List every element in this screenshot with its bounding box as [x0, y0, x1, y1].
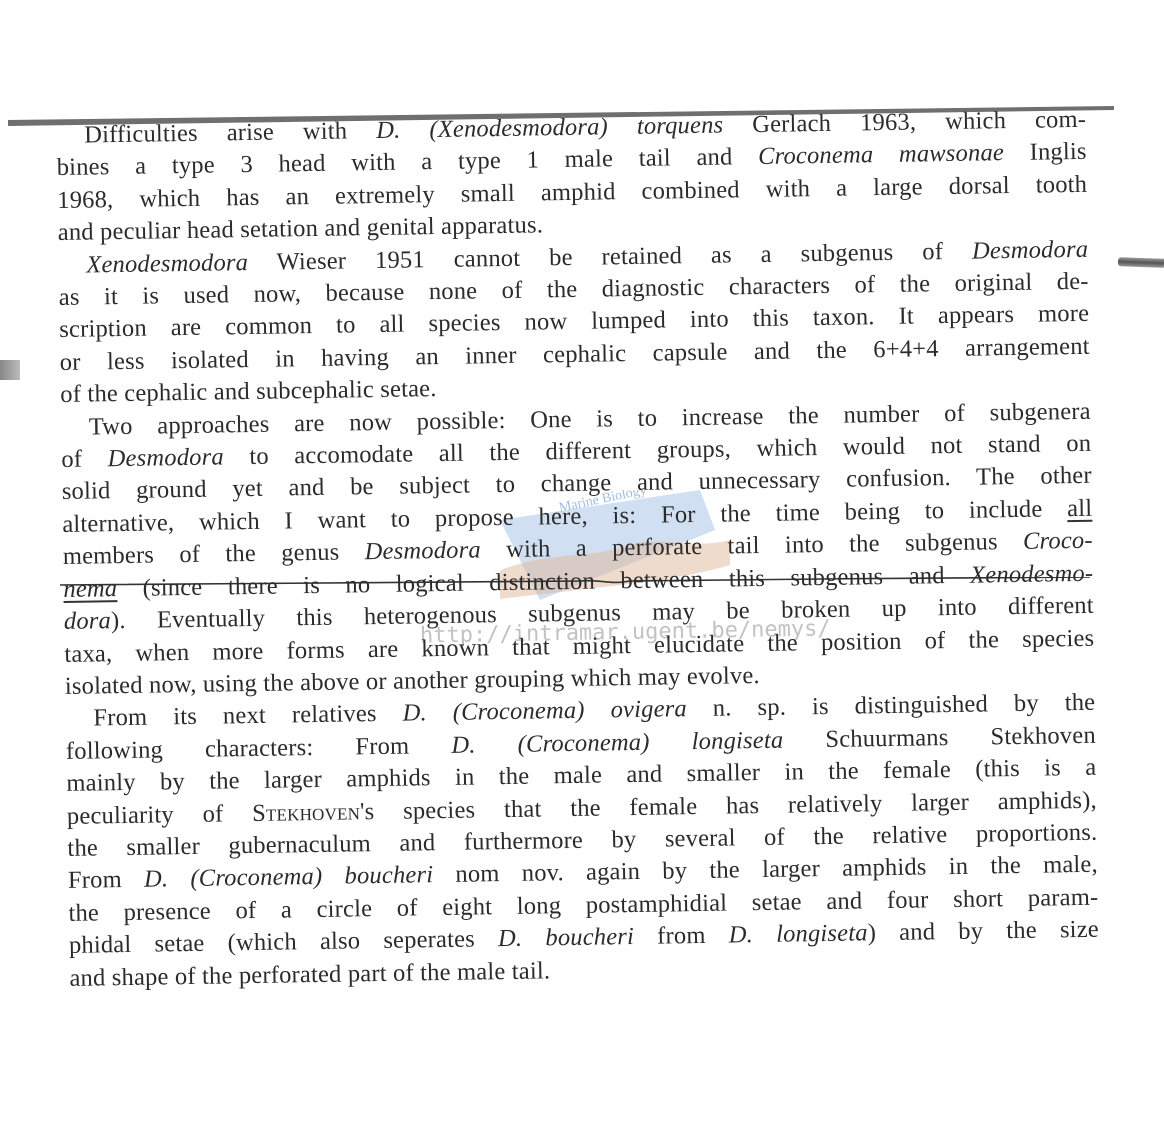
taxon-name: Desmodora — [972, 235, 1089, 264]
taxon-name: dora — [64, 607, 112, 635]
taxon-name: D. boucheri — [498, 923, 634, 952]
taxon-name: Desmodora — [107, 443, 224, 472]
taxon-name: Xenodesmo- — [970, 559, 1094, 588]
paragraph: From its next relatives D. (Croconema) o… — [65, 687, 1099, 995]
taxon-name: D. (Croconema) longiseta — [451, 726, 783, 758]
taxon-name: Croco- — [1023, 527, 1093, 555]
underlined-taxon: nema — [63, 575, 117, 603]
taxon-name: Xenodesmodora — [86, 249, 248, 279]
taxon-name: D. longiseta — [729, 920, 868, 949]
document-body: Difficulties arise with D. (Xenodesmodor… — [56, 104, 1100, 995]
taxon-name: Croconema mawsonae — [758, 140, 1004, 171]
taxon-name: D. (Croconema) ovigera — [402, 695, 687, 726]
scan-edge-right — [1118, 257, 1164, 268]
author-name: Stekhoven — [252, 798, 360, 827]
taxon-name: D. (Xenodesmodora) torquens — [376, 112, 723, 144]
underlined-word: all — [1067, 495, 1093, 522]
paragraph: Xenodesmodora Wieser 1951 cannot be reta… — [58, 233, 1090, 411]
paragraph: Difficulties arise with D. (Xenodesmodor… — [56, 104, 1088, 250]
scan-edge-left — [0, 360, 20, 380]
paragraph: Two approaches are now possible: One is … — [61, 395, 1095, 703]
taxon-name: Desmodora — [364, 537, 481, 566]
taxon-name: D. (Croconema) boucheri — [144, 862, 434, 894]
